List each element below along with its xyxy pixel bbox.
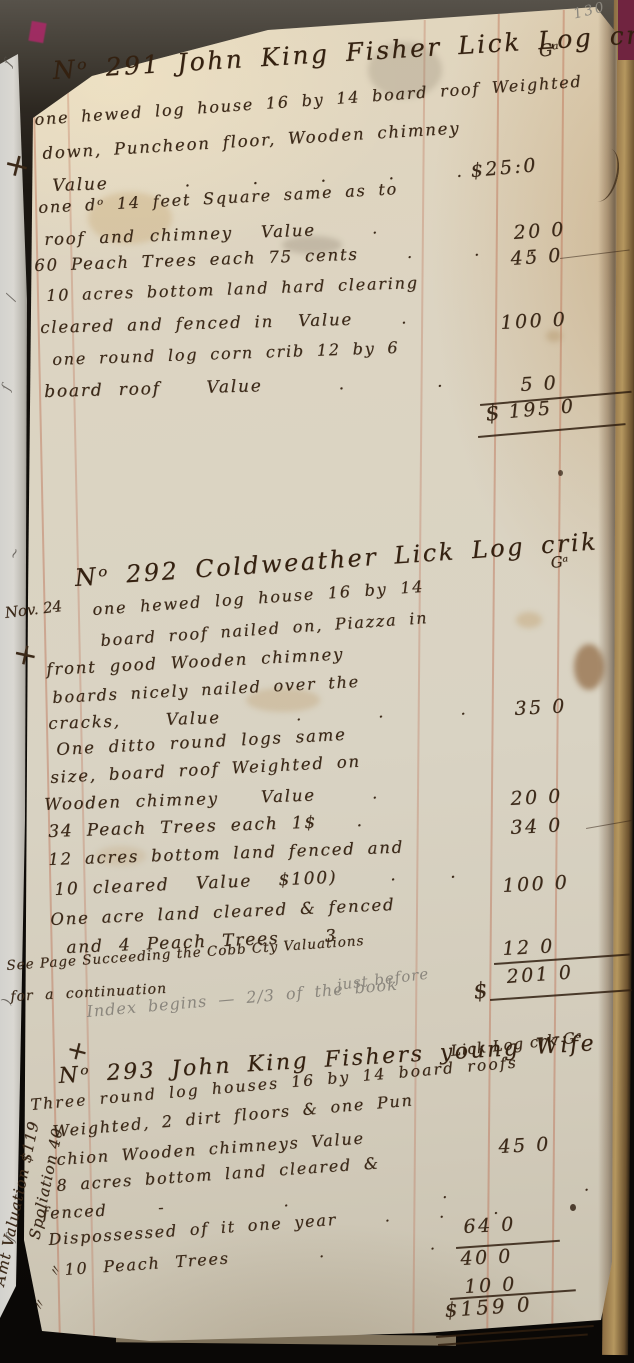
entry-293-amount-1: 45 0: [498, 1135, 551, 1157]
ledger-photo: 130 Gᵃ Nᵒ 291 John King Fisher Lick Log …: [0, 0, 634, 1363]
ruled-line-money-1: [412, 20, 425, 1340]
entry-292-total: 201 0: [506, 963, 574, 987]
magenta-bookmark: [28, 21, 46, 43]
stain: [516, 612, 542, 628]
entry-291-total-dollar: $: [484, 402, 501, 426]
entry-292-amount-2: 20 0: [510, 787, 563, 809]
entry-291-amount-3: 45 0: [510, 246, 564, 269]
stain: [546, 330, 562, 342]
ink-dot: [570, 1204, 576, 1211]
entry-292-amount-3: 34 0: [510, 816, 563, 838]
ruled-line-money-3: [551, 10, 564, 1338]
entry-292-amount-4: 100 0: [502, 873, 570, 895]
entry-292-amount-1: 35 0: [514, 697, 567, 719]
entry-293-amount-3: 40 0: [460, 1247, 513, 1269]
entry-291-amount-4: 100 0: [500, 310, 568, 332]
entry-292-amount-5: 12 0: [502, 937, 555, 959]
entry-291-amount-5: 5 0: [520, 374, 559, 395]
stain: [574, 644, 604, 690]
entry-292-total-dollar: $: [472, 980, 489, 1004]
entry-293-total: $159 0: [444, 1294, 533, 1320]
ink-dot: [558, 470, 563, 476]
